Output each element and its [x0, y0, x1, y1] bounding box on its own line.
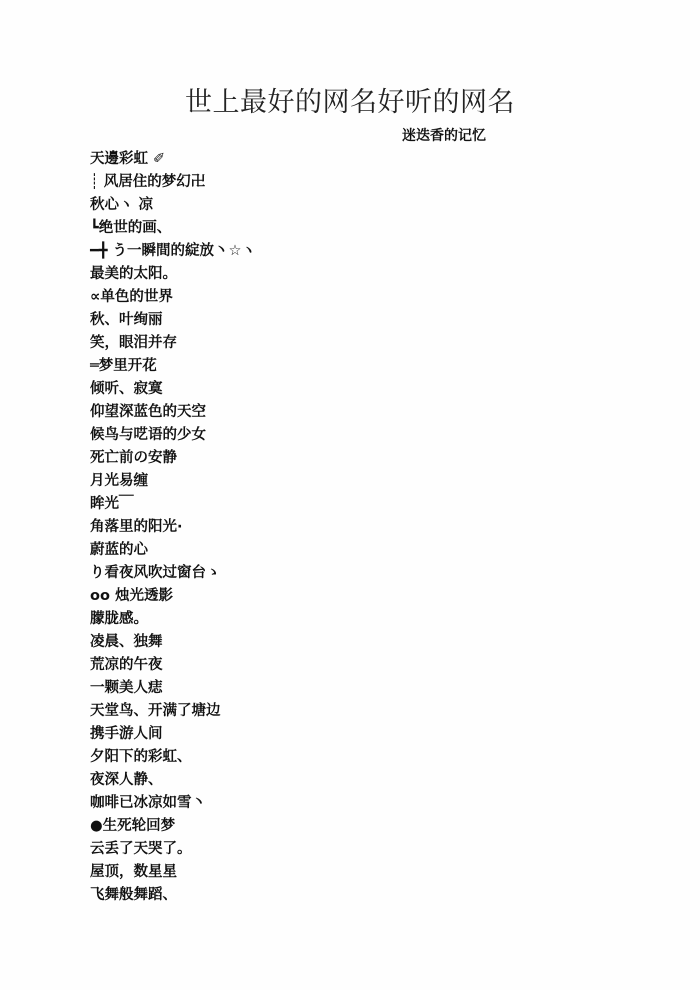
list-item: 死亡前の安静 — [90, 447, 256, 470]
list-item: 仰望深蓝色的天空 — [90, 401, 256, 424]
document-page: 世上最好的网名好听的网名 迷迭香的记忆 天邊彩虹 ✐ ┊ 风居住的梦幻卍 秋心ヽ… — [0, 0, 700, 990]
list-item: 屋顶，数星星 — [90, 861, 256, 884]
list-item: 倾听、寂寞 — [90, 378, 256, 401]
list-item: 秋、叶绚丽 — [90, 309, 256, 332]
document-title: 世上最好的网名好听的网名 — [0, 84, 700, 122]
list-item: 凌晨、独舞 — [90, 631, 256, 654]
list-item: 飞舞般舞蹈、 — [90, 884, 256, 907]
list-item: り看夜风吹过窗台ゝ — [90, 562, 256, 585]
list-item: ┊ 风居住的梦幻卍 — [90, 171, 256, 194]
list-item: 携手游人间 — [90, 723, 256, 746]
list-item: oo 烛光透影 — [90, 585, 256, 608]
list-item: 笑，眼泪并存 — [90, 332, 256, 355]
list-item: 夕阳下的彩虹、 — [90, 746, 256, 769]
list-item: 蔚蓝的心 — [90, 539, 256, 562]
list-item: 角落里的阳光· — [90, 516, 256, 539]
list-item: 秋心ヽ 凉 — [90, 194, 256, 217]
document-subtitle: 迷迭香的记忆 — [402, 126, 486, 146]
list-item: 夜深人静、 — [90, 769, 256, 792]
list-item: ●生死轮回梦 — [90, 815, 256, 838]
list-item: 眸光￣ — [90, 493, 256, 516]
list-item: 月光易缠 — [90, 470, 256, 493]
list-item: ━╋ う一瞬間的綻放丶☆ヽ — [90, 240, 256, 263]
list-item: 荒凉的午夜 — [90, 654, 256, 677]
list-item: 咖啡已冰凉如雪丶 — [90, 792, 256, 815]
list-item: ∝单色的世界 — [90, 286, 256, 309]
list-item: 天邊彩虹 ✐ — [90, 148, 256, 171]
list-item: ┗绝世的画、 — [90, 217, 256, 240]
list-item: ═梦里开花 — [90, 355, 256, 378]
list-item: 候鸟与呓语的少女 — [90, 424, 256, 447]
list-item: 最美的太阳。 — [90, 263, 256, 286]
list-item: 云丢了天哭了。 — [90, 838, 256, 861]
list-item: 朦胧感。 — [90, 608, 256, 631]
list-item: 天堂鸟、开满了塘边 — [90, 700, 256, 723]
list-item: 一颗美人痣 — [90, 677, 256, 700]
nickname-list: 天邊彩虹 ✐ ┊ 风居住的梦幻卍 秋心ヽ 凉 ┗绝世的画、 ━╋ う一瞬間的綻放… — [90, 148, 256, 907]
